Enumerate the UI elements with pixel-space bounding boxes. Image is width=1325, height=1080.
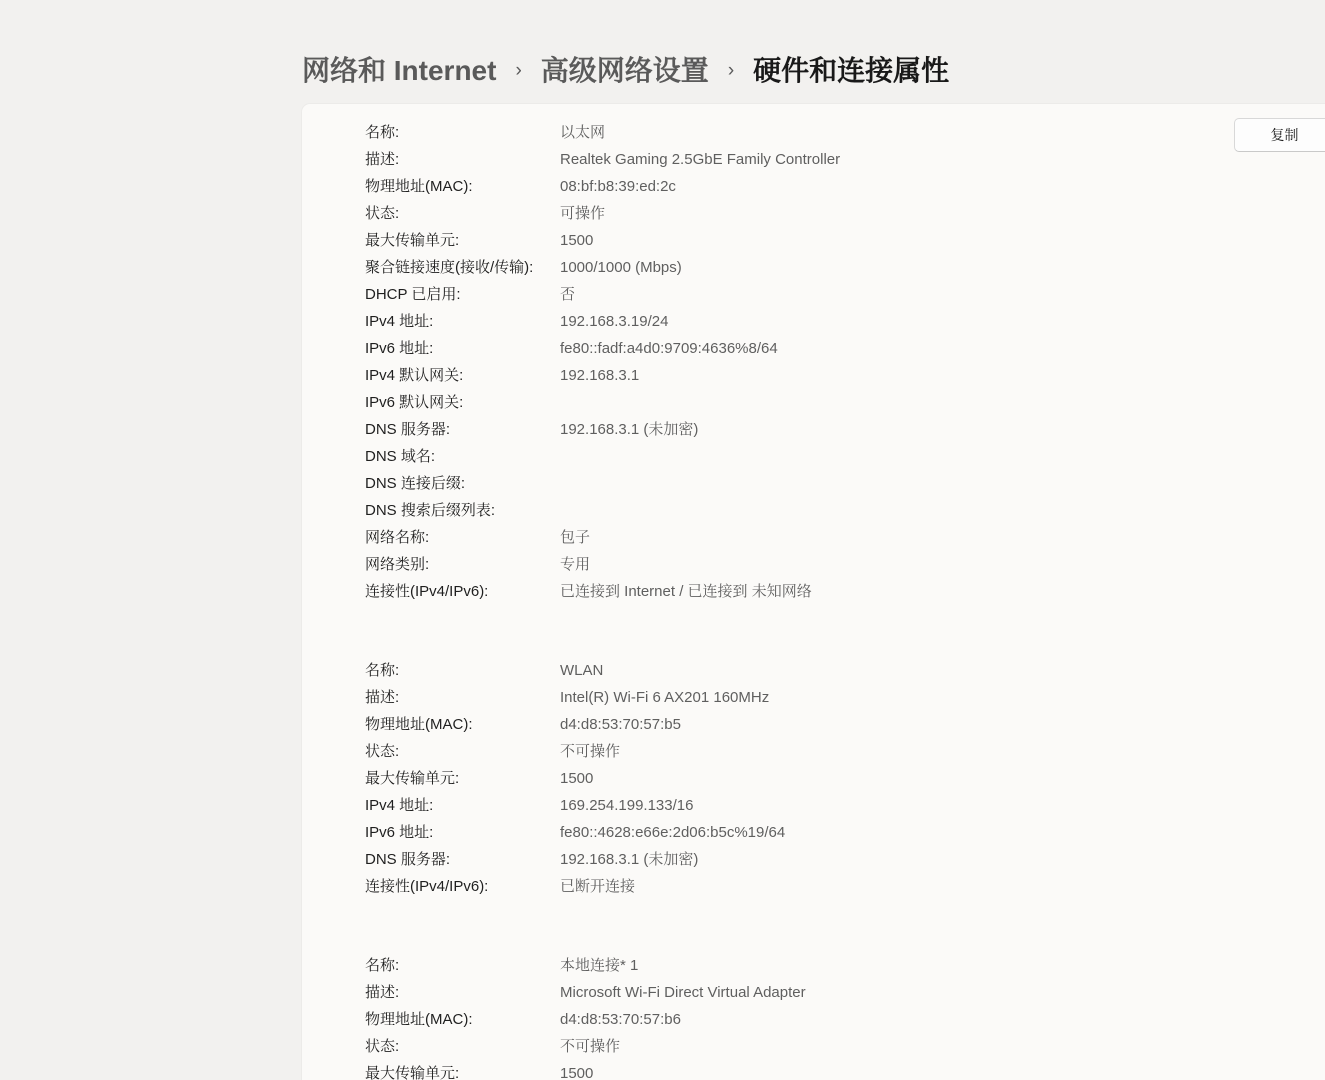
adapter-section: 名称:WLAN描述:Intel(R) Wi-Fi 6 AX201 160MHz物… [365,657,1325,900]
property-label: 物理地址(MAC): [365,173,560,200]
property-label: IPv4 默认网关: [365,362,560,389]
property-value: fe80::fadf:a4d0:9709:4636%8/64 [560,335,778,362]
property-label: 名称: [365,119,560,146]
property-value: 已连接到 Internet / 已连接到 未知网络 [560,578,812,605]
property-label: DNS 域名: [365,443,560,470]
property-row: 名称:WLAN [365,657,1325,684]
property-row: 聚合链接速度(接收/传输):1000/1000 (Mbps) [365,254,1325,281]
property-row: 最大传输单元:1500 [365,1060,1325,1080]
property-row: 连接性(IPv4/IPv6):已连接到 Internet / 已连接到 未知网络 [365,578,1325,605]
property-value: 可操作 [560,200,605,227]
property-value: 192.168.3.1 [560,362,639,389]
property-value: 1000/1000 (Mbps) [560,254,682,281]
property-value: 否 [560,281,575,308]
property-value: Microsoft Wi-Fi Direct Virtual Adapter [560,979,806,1006]
property-label: IPv6 地址: [365,335,560,362]
property-row: IPv4 地址:192.168.3.19/24 [365,308,1325,335]
property-row: 状态:不可操作 [365,1033,1325,1060]
property-row: 网络名称:包子 [365,524,1325,551]
property-row: DNS 搜索后缀列表: [365,497,1325,524]
property-label: IPv4 地址: [365,792,560,819]
breadcrumb-hardware-connection-properties: 硬件和连接属性 [753,49,949,89]
property-row: DNS 域名: [365,443,1325,470]
property-row: 网络类别:专用 [365,551,1325,578]
property-label: IPv4 地址: [365,308,560,335]
property-label: IPv6 默认网关: [365,389,560,416]
adapter-section: 名称:以太网描述:Realtek Gaming 2.5GbE Family Co… [365,119,1325,605]
property-value: d4:d8:53:70:57:b5 [560,711,681,738]
property-label: DNS 服务器: [365,416,560,443]
property-value: 1500 [560,227,593,254]
breadcrumb-advanced-network-settings[interactable]: 高级网络设置 [541,49,709,89]
property-value: WLAN [560,657,603,684]
property-row: 名称:以太网 [365,119,1325,146]
property-value: 专用 [560,551,590,578]
property-value: 192.168.3.1 (未加密) [560,846,698,873]
content-card: 名称:以太网描述:Realtek Gaming 2.5GbE Family Co… [302,104,1325,1080]
properties-list: 名称:以太网描述:Realtek Gaming 2.5GbE Family Co… [302,104,1325,1080]
property-label: IPv6 地址: [365,819,560,846]
property-value: 包子 [560,524,590,551]
property-value: 1500 [560,765,593,792]
breadcrumb-network-internet[interactable]: 网络和 Internet [302,49,496,89]
property-label: DHCP 已启用: [365,281,560,308]
property-label: 连接性(IPv4/IPv6): [365,578,560,605]
property-row: 状态:不可操作 [365,738,1325,765]
property-row: DNS 服务器:192.168.3.1 (未加密) [365,416,1325,443]
chevron-right-icon: › [728,59,734,80]
property-label: DNS 连接后缀: [365,470,560,497]
property-label: 状态: [365,738,560,765]
copy-button[interactable]: 复制 [1234,118,1325,152]
property-value: 已断开连接 [560,873,635,900]
property-label: 物理地址(MAC): [365,1006,560,1033]
property-value: 本地连接* 1 [560,952,638,979]
property-value: Realtek Gaming 2.5GbE Family Controller [560,146,840,173]
property-row: IPv6 地址:fe80::4628:e66e:2d06:b5c%19/64 [365,819,1325,846]
property-value: 169.254.199.133/16 [560,792,693,819]
property-label: 网络名称: [365,524,560,551]
property-value: d4:d8:53:70:57:b6 [560,1006,681,1033]
property-label: 描述: [365,979,560,1006]
property-value: Intel(R) Wi-Fi 6 AX201 160MHz [560,684,769,711]
property-row: 描述:Realtek Gaming 2.5GbE Family Controll… [365,146,1325,173]
property-row: 名称:本地连接* 1 [365,952,1325,979]
property-label: 名称: [365,657,560,684]
property-label: DNS 服务器: [365,846,560,873]
property-row: 描述:Microsoft Wi-Fi Direct Virtual Adapte… [365,979,1325,1006]
property-value: 08:bf:b8:39:ed:2c [560,173,676,200]
property-label: 描述: [365,146,560,173]
property-label: 描述: [365,684,560,711]
property-row: 物理地址(MAC):d4:d8:53:70:57:b6 [365,1006,1325,1033]
property-label: 名称: [365,952,560,979]
settings-page: 网络和 Internet › 高级网络设置 › 硬件和连接属性 名称:以太网描述… [0,0,1325,1080]
property-row: 状态:可操作 [365,200,1325,227]
property-label: 聚合链接速度(接收/传输): [365,254,560,281]
property-value: 以太网 [560,119,605,146]
property-label: 状态: [365,1033,560,1060]
property-row: 描述:Intel(R) Wi-Fi 6 AX201 160MHz [365,684,1325,711]
property-value: fe80::4628:e66e:2d06:b5c%19/64 [560,819,785,846]
property-row: 物理地址(MAC):08:bf:b8:39:ed:2c [365,173,1325,200]
property-row: DNS 连接后缀: [365,470,1325,497]
property-row: 物理地址(MAC):d4:d8:53:70:57:b5 [365,711,1325,738]
property-label: 连接性(IPv4/IPv6): [365,873,560,900]
property-value: 不可操作 [560,738,620,765]
property-label: 状态: [365,200,560,227]
property-value: 192.168.3.19/24 [560,308,668,335]
property-row: IPv4 地址:169.254.199.133/16 [365,792,1325,819]
property-label: 最大传输单元: [365,1060,560,1080]
property-row: 最大传输单元:1500 [365,765,1325,792]
property-label: 网络类别: [365,551,560,578]
property-label: 最大传输单元: [365,227,560,254]
chevron-right-icon: › [515,59,521,80]
property-row: IPv6 地址:fe80::fadf:a4d0:9709:4636%8/64 [365,335,1325,362]
property-row: 最大传输单元:1500 [365,227,1325,254]
property-row: DNS 服务器:192.168.3.1 (未加密) [365,846,1325,873]
property-label: 最大传输单元: [365,765,560,792]
property-label: DNS 搜索后缀列表: [365,497,560,524]
property-row: 连接性(IPv4/IPv6):已断开连接 [365,873,1325,900]
property-row: IPv4 默认网关:192.168.3.1 [365,362,1325,389]
property-row: IPv6 默认网关: [365,389,1325,416]
property-value: 192.168.3.1 (未加密) [560,416,698,443]
property-value: 1500 [560,1060,593,1080]
breadcrumb: 网络和 Internet › 高级网络设置 › 硬件和连接属性 [302,44,949,94]
property-label: 物理地址(MAC): [365,711,560,738]
property-row: DHCP 已启用:否 [365,281,1325,308]
adapter-section: 名称:本地连接* 1描述:Microsoft Wi-Fi Direct Virt… [365,952,1325,1080]
property-value: 不可操作 [560,1033,620,1060]
